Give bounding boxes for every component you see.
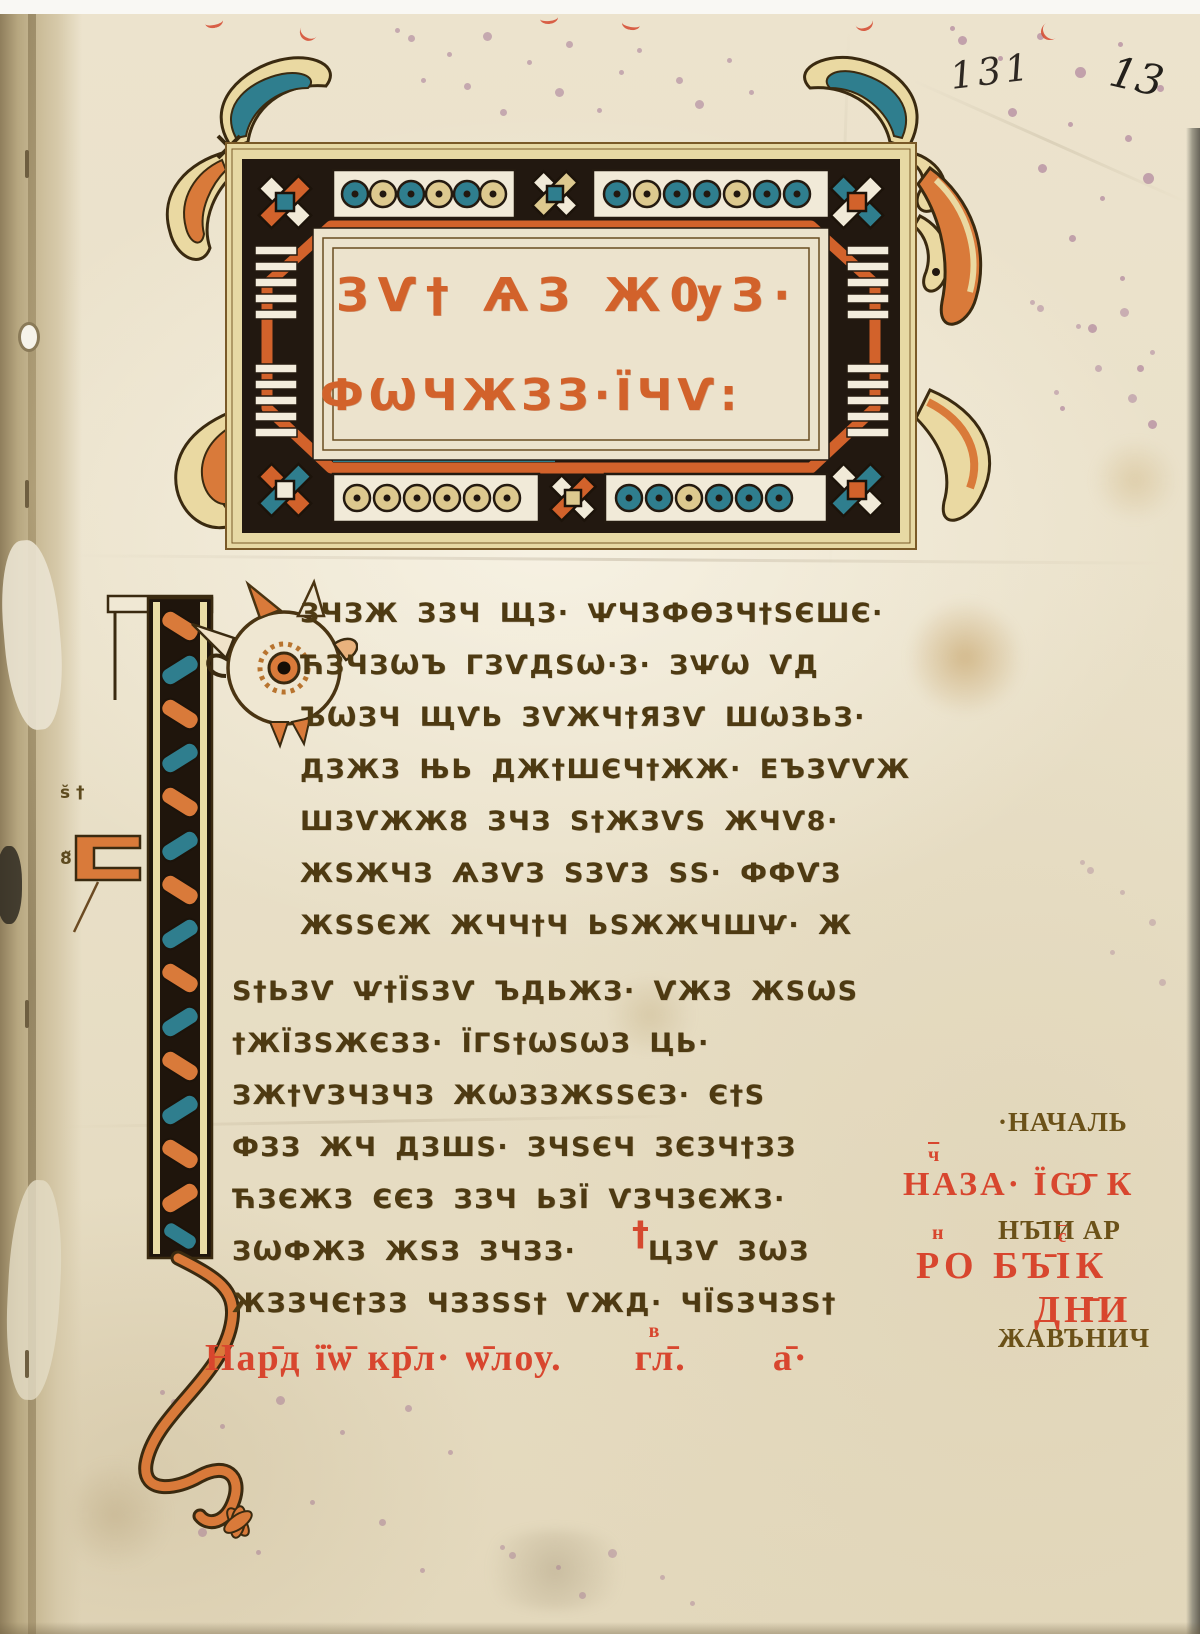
stitch [25,150,29,178]
headpiece-title-line1: ЗѴ† ѦЗ ЖѸЗ· [336,268,799,322]
rubric-word: Нар̄д [205,1336,301,1380]
title-field [313,228,829,460]
text-line: ЗѠФЖЗ ЖЅЗ ЗЧЗЗ· ЦЗѴ ЗѠЗ [232,1226,946,1278]
red-margin-note: НАЗА· ЇѠ̄ К [903,1166,1134,1204]
stain [470,1530,640,1610]
gloss-line: НЪ̄ІИ АР [998,1212,1150,1248]
text-line: ЋЗЧЗѠЪ ГЗѴДЅѠ·З· ЗѰѠ ѴД [232,640,946,692]
page-edge-shadow [1186,128,1200,1634]
sewing-hole [18,322,40,352]
mold-speckles [500,1545,505,1550]
manuscript-scan: 131 13 [0,0,1200,1634]
rubric-word: ї̈ѡ̄ [315,1336,353,1380]
red-margin-note: ДН̄И [1034,1288,1131,1332]
mold-speckles [1030,300,1035,305]
text-line: ЗЧЗЖ ЗЗЧ ЩЗ· ѰЧЗФѲЗЧ†ЅЄШЄ· [232,588,946,640]
rubric-word: кр̄л· [368,1336,452,1380]
tear-dark [0,846,22,924]
text-line: ФЗЗ ЖЧ ДЗШЅ· ЗЧЅЄЧ ЗЄЗЧ†ЗЗ [232,1122,946,1174]
red-superscript: н [932,1222,944,1245]
rubric-chapter: гл̄.в [635,1336,687,1380]
stitch [25,1350,29,1378]
guilloche-panel-bottom-left [333,474,539,522]
headpiece-ornament [225,142,917,550]
mold-speckles [395,28,400,33]
stitch [25,1000,29,1028]
stitch [25,480,29,508]
text-line: ЗЖ†ѴЗЧЗЧЗ ЖѠЗЗЖЅЅЄЗ· Є†Ѕ [232,1070,946,1122]
stain [1090,440,1180,520]
mold-speckles [1080,860,1085,865]
margin-mark: 8̆ [60,848,85,870]
left-margin-marks: ѕ̆ † 8̆ [60,738,85,914]
mold-speckles [950,26,955,31]
red-cross-mark: † [632,1214,649,1254]
red-margin-note: РО БЪ̄ІК [916,1244,1108,1288]
text-line: ШЗѴЖЖ8 ЗЧЗ Ѕ†ЖЗѴЅ ЖЧѴ8· [232,796,946,848]
text-line: ЪѠЗЧ ЩѴЬ ЗѴЖЧ†ЯЗѴ ШѠЗЬЗ· [232,692,946,744]
text-line: ДЗЖЗ ЊЬ ДЖ†ШЄЧ†ЖЖ· ЕЪЗѴѴЖ [232,744,946,796]
text-line: †ЖЇЗЅЖЄЗЗ· ЇГЅ†ѠЅѠЗ ЦЬ· [232,1018,946,1070]
scan-background-strip [0,0,1200,14]
rubric-chapter-number: а̄· [773,1336,809,1380]
guilloche-panel-top-right [593,170,829,218]
rubric-superscript: в [649,1320,662,1343]
text-line: ЖЗЗЧЄ†ЗЗ ЧЗЗЅЅ† ѴЖД· ЧЇЅЗЧЗЅ† [232,1278,946,1330]
rubric-line: Нар̄д ї̈ѡ̄ кр̄л· ѡ̄лоу. гл̄.в а̄· [205,1336,823,1380]
text-line: ЖЅЅЄЖ ЖЧЧ†Ч ЬЅЖЖЧШѰ· Ж [232,900,946,952]
right-margin-gloss: ·НАЧАЛЬ НЪ̄ІИ АР ЖАВЪНИЧ [998,1032,1150,1428]
red-superscript: ч [928,1144,939,1167]
headpiece-title-line2: ФѠЧЖЗЗ·ЇЧѴ: [320,370,742,421]
gloss-line: ·НАЧАЛЬ [998,1104,1150,1140]
rubric-word: ѡ̄лоу. [466,1336,563,1380]
guilloche-panel-bottom-right [605,474,827,522]
margin-mark: ѕ̆ † [60,782,85,804]
text-line: ЖЅЖЧЗ ѦЗѴЗ ЅЗѴЗ ЅЅ· ФФѴЗ [232,848,946,900]
main-text-block: ЗЧЗЖ ЗЗЧ ЩЗ· ѰЧЗФѲЗЧ†ЅЄШЄ· ЋЗЧЗѠЪ ГЗѴДЅѠ… [232,588,946,1330]
bottom-edge-shade [0,1622,1200,1634]
text-line: ЋЗЄЖЗ ЄЄЗ ЗЗЧ ЬЗЇ ѴЗЧЗЄЖЗ· [232,1174,946,1226]
guilloche-panel-top-left [333,170,515,218]
text-line: Ѕ†ЬЗѴ Ѱ†ЇЅЗѴ ЪДЬЖЗ· ѴЖЗ ЖЅѠЅ [232,966,946,1018]
